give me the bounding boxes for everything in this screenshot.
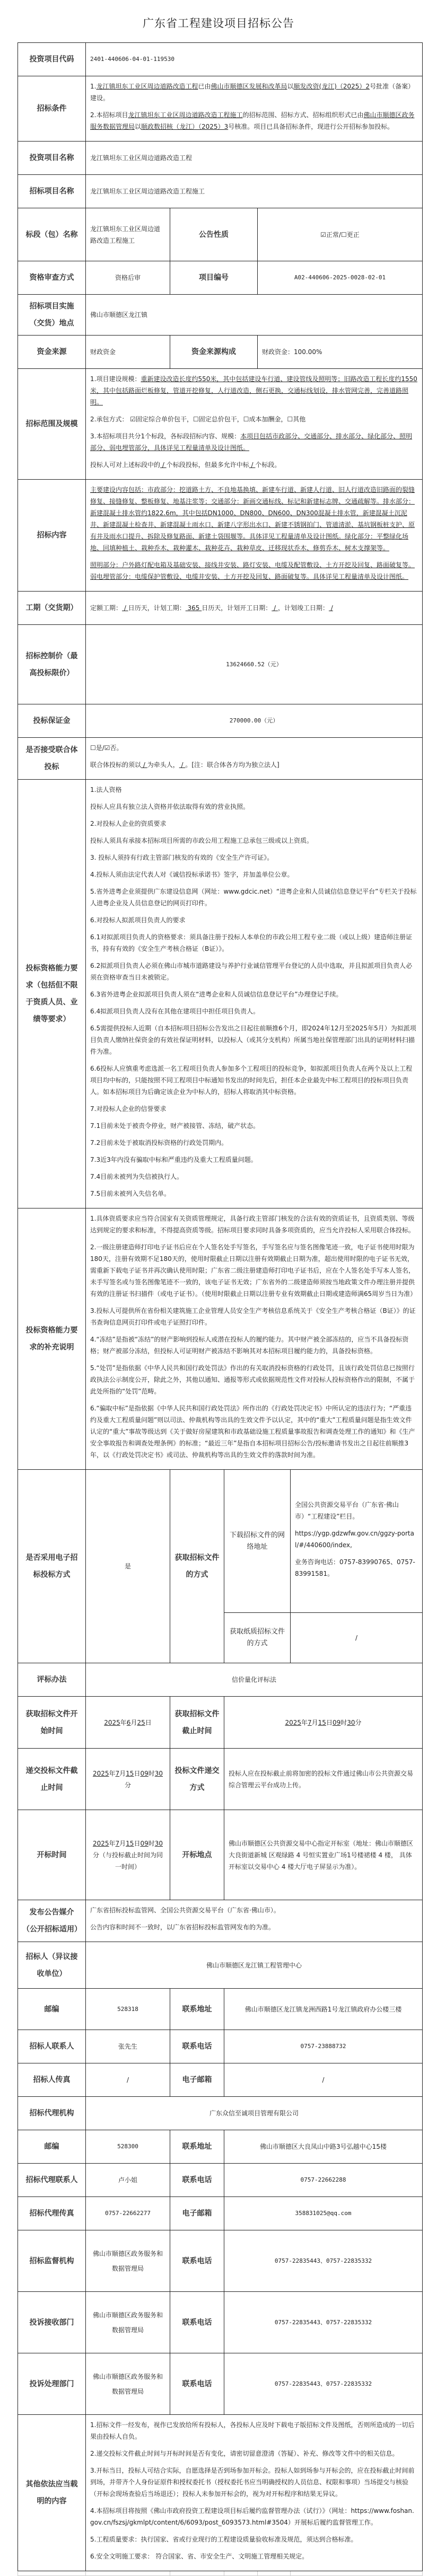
media-text: 广东省招标投标监管网、全国公共资源交易平台（广东省·佛山市）。 <box>90 1904 418 1916</box>
obtain-start-value: 2025年6月25日 <box>86 1697 170 1749</box>
project-link-text: 龙江镇坦东工业区周边道路改造工程 <box>96 83 198 90</box>
agency-email-link[interactable]: 358831025@qq.com <box>224 2197 423 2230</box>
text: 。[注：联合体各方均为独立法人] <box>185 761 279 769</box>
row-invest-code: 投资项目代码 2401-440606-04-01-119530 <box>18 43 423 76</box>
row-content: 招标内容 主要建设内容包括：市政部分：挖道路土方、不良地基换填、新建车行道、新建… <box>18 480 423 592</box>
text: 联合体投标的须以 <box>90 761 141 769</box>
text: / <box>249 461 256 469</box>
condition-para-1: 1.龙江镇坦东工业区周边道路改造工程已由佛山市顺德区发展和改革局以顺发改资(龙江… <box>90 81 418 104</box>
complaint-proc-phone: 0757-22835443、0757-22835332 <box>224 2353 423 2415</box>
month: 7 <box>308 1719 312 1726</box>
label: 招标代理机构 <box>18 2097 86 2130</box>
obtain-end-value: 2025年7月15日09时30分 <box>224 1697 423 1749</box>
label: 招标控制价（最高投标限价） <box>18 625 86 704</box>
req-item: 4.投标人须由法定代表人对《诚信投标承诺书》签字，并加盖单位公章。 <box>90 869 418 880</box>
label: 招标项目实施（交货）地点 <box>18 295 86 336</box>
year: 2025 <box>285 1719 301 1726</box>
label: 递交投标文件截止时间 <box>18 1749 86 1810</box>
download-address-value: 全国公共资源交易平台（广东省·佛山市）“工程建设”栏目。 https://ygp… <box>291 1470 423 1613</box>
text: / <box>329 604 333 612</box>
consortium-checkbox: ☐是/☑否。 <box>90 742 418 754</box>
text: 为牵头人， <box>147 761 179 769</box>
row-obtain-time: 获取招标文件开始时间 2025年6月25日 获取招标文件截止时间 2025年7月… <box>18 1697 423 1749</box>
supplement-item: 2.一级注册建造师打印电子证书后应在个人签名处手写签名，手写签名应与签名图像笔迹… <box>90 1241 418 1300</box>
label: 投诉处理部门 <box>18 2353 86 2415</box>
row-deposit: 投标保证金 270000.00（元） <box>18 704 423 738</box>
req-item: 投标人须具有承接本招标项目所需的市政公用工程施工总承包三级或以上资质。 <box>90 835 418 846</box>
text: ，计划竣工日期： <box>278 604 329 612</box>
label: 招标范围及规模 <box>18 369 86 480</box>
condition-para-2: 2.本招标项目龙江镇坦东工业区周边道路改造工程施工的招标范围、招标方式、招标组织… <box>90 109 418 133</box>
approval-no-text: 顺发改资(龙江)（2025）2 <box>294 83 370 90</box>
opening-place-value: 佛山市顺德区公共资源交易中心指定开标室（地址：佛山市顺德区大良街道新城 区观绿路… <box>224 1810 423 1900</box>
platform-text: 全国公共资源交易平台（广东省·佛山市）“工程建设”栏目。 <box>295 1499 418 1522</box>
text: 分（与投标截止时间为同一时间） <box>93 1851 163 1871</box>
row-qualification: 资格审查方式 资格后审 项目编号 A02-440606-2025-0028-02… <box>18 261 423 295</box>
label: 联系地址 <box>170 1989 224 2030</box>
text: 1.项目建设规模： <box>90 375 141 383</box>
agency-postcode: 528300 <box>86 2130 170 2164</box>
media-text: 公告内容和时间不一致时，以广东省招标投标监管网发布的为准。 <box>90 1921 418 1933</box>
row-tender-name: 招标项目名称 龙江镇坦东工业区周边道路改造工程施工 <box>18 175 423 208</box>
complaint-recv-value: 佛山市顺德区政务服务和数据管理局 <box>86 2292 170 2353</box>
conditions-value: 1.龙江镇坦东工业区周边道路改造工程已由佛山市顺德区发展和改革局以顺发改资(龙江… <box>86 76 423 142</box>
row-scope: 招标范围及规模 1.项目建设规模：重新建设改造长度约550米，其中包括建设车行道… <box>18 369 423 480</box>
row-consortium: 是否接受联合体投标 ☐是/☑否。 联合体投标的须以 / 为牵头人， / 。[注：… <box>18 738 423 780</box>
label: 联系电话 <box>170 2230 224 2292</box>
label: 投资项目代码 <box>18 43 86 76</box>
req-item: 6.对投标人拟派项目负责人的要求 <box>90 914 418 926</box>
req-item: 2.对投标人企业的资质要求 <box>90 818 418 830</box>
label: 其他依法应当载明的内容 <box>18 2415 86 2571</box>
tenderer-fax: / <box>86 2063 170 2097</box>
hour: 09 <box>140 1840 148 1847</box>
complaint-proc-value: 佛山市顺德区政务服务和数据管理局 <box>86 2353 170 2415</box>
scope-para-1: 1.项目建设规模：重新建设改造长度约550米，其中包括建设车行道、建设管线及照明… <box>90 373 418 408</box>
tenderer-value: 佛山市顺德区龙江镇工程管理中心 <box>86 1942 423 1989</box>
req-item: 6.1对拟派项目负责人的资格要求：须具备注册于投标人本单位的市政公用工程专业二级… <box>90 931 418 955</box>
req-item: 7.1目前未处于被责令停业，财产被接管、冻结，破产状态。 <box>90 1120 418 1132</box>
section-value: 龙江镇坦东工业区周边道路改造工程施工 <box>86 208 170 261</box>
label: 联系电话 <box>170 2292 224 2353</box>
label: 资金来源 <box>18 336 86 369</box>
download-url-link[interactable]: https://ygp.gdzwfw.gov.cn/ggzy-portal/#/… <box>295 1528 418 1551</box>
row-funding: 资金来源 财政资金 资金来源构成 财政资金：100.00% <box>18 336 423 369</box>
content-value: 主要建设内容包括：市政部分：挖道路土方、不良地基换填、新建车行道、新建人行道、旧… <box>86 480 423 592</box>
month: 7 <box>116 1840 120 1847</box>
opening-time-value: 2025年7月15日09时30分（与投标截止时间为同一时间） <box>86 1810 170 1900</box>
req-item: 6.3省外进粤企业拟派项目负责人须在“进粤企业和人员诚信信息登记平台”办理登记手… <box>90 989 418 1000</box>
scope-para-3: 3.本招标项目共分1个标段，各标段招标内容、规模：本项目包括市政部分、交通部分、… <box>90 430 418 454</box>
supplement-item: 4.“冻结”是指被“冻结”的财产影响到投标人或潜在投标人的履约能力。其中财产被全… <box>90 1334 418 1357</box>
label: 投诉接收部门 <box>18 2292 86 2353</box>
month: 7 <box>116 1770 120 1777</box>
row-complaint-proc: 投诉处理部门 佛山市顺德区政务服务和数据管理局 联系电话 0757-228354… <box>18 2353 423 2415</box>
approval-no-text: 顺政数招核（龙江）（2025）3 <box>141 123 228 130</box>
req-item: 7.4目前未被列为失信被执行人。 <box>90 1171 418 1183</box>
label: 工期（交货期） <box>18 592 86 625</box>
day: 25 <box>137 1719 145 1726</box>
label: 获取招标文件的方式 <box>170 1470 224 1663</box>
label: 标段（包）名称 <box>18 208 86 261</box>
supplement-item: 6.“骗取中标”是指依据《中华人民共和国行政处罚法》所作出的《行政处罚决定书》中… <box>90 1402 418 1461</box>
text: 个标段投标，但最多允许中标 <box>167 461 249 469</box>
text: / <box>141 761 147 769</box>
other-value: 1.招标文件一经发布，视作已发放给所有投标人，各投标人应及时下载电子版招标文件及… <box>86 2415 423 2571</box>
row-requirements: 投标资格能力要求（包括但不限于资质人员、业绩等要求） 1.法人资格 投标人应具有… <box>18 780 423 1208</box>
label: 招标项目名称 <box>18 175 86 208</box>
label: 电子邮箱 <box>170 2063 224 2097</box>
supplement-value: 1.具体资质要求应当符合国家有关资质管理规定，具备行政主管部门核发的合法有效的资… <box>86 1208 423 1470</box>
label: 开标地点 <box>170 1810 224 1900</box>
other-item-link[interactable]: 4.本招标项目将按照《佛山市政府投资工程建设项目标后履约监督管理办法（试行）》（… <box>90 2505 418 2528</box>
complaint-recv-phone: 0757-22835443、0757-22835332 <box>224 2292 423 2353</box>
year: 2025 <box>93 1840 109 1847</box>
row-electronic: 是否采用电子招标投标方式 是 获取招标文件的方式 下载招标文件的网络地址 全国公… <box>18 1470 423 1613</box>
tenderer-postcode: 528318 <box>86 1989 170 2030</box>
label: 邮编 <box>18 2130 86 2164</box>
control-price-value: 13624660.52（元） <box>86 625 423 704</box>
tenderer-contact-person: 张先生 <box>86 2030 170 2063</box>
text: / <box>179 761 186 769</box>
row-tenderer-contact: 招标人联系人 张先生 联系电话 0757-23888732 <box>18 2030 423 2063</box>
label: 获取招标文件截止时间 <box>170 1697 224 1749</box>
label: 投标保证金 <box>18 704 86 738</box>
label: 招标代理联系人 <box>18 2164 86 2197</box>
text: 以 <box>135 123 141 130</box>
label: 开标时间 <box>18 1810 86 1900</box>
text: 3.本招标项目共分1个标段，各标段招标内容、规模： <box>90 433 240 440</box>
label: 联系电话 <box>170 2353 224 2415</box>
label: 投标文件递交方式 <box>170 1749 224 1810</box>
label: 招标监督机构 <box>18 2230 86 2292</box>
label: 邮编 <box>18 1989 86 2030</box>
year: 2025 <box>93 1770 109 1777</box>
year: 2025 <box>104 1719 120 1726</box>
content-para-2: 照明部分：户外路灯配电箱及基础安装、接线井安装、路灯安装、电缆及配管敷设、土方开… <box>90 559 418 583</box>
hour: 09 <box>140 1770 148 1777</box>
tender-name-text: 龙江镇坦东工业区周边道路改造工程施工 <box>128 111 242 119</box>
label: 招标内容 <box>18 480 86 592</box>
other-item: 6.安全文明施工要求： 符合国家、省、市安全生产、文明施工管理相关规定。 <box>90 2551 418 2562</box>
media-value: 广东省招标投标监管网、全国公共资源交易平台（广东省·佛山市）。 公告内容和时间不… <box>86 1900 423 1942</box>
req-item: 7.5目前未被列入失信名单。 <box>90 1188 418 1199</box>
consult-phone: 业务咨询电话：0757-83990765、0757-83991581。 <box>295 1556 418 1580</box>
label: 项目编号 <box>170 261 258 295</box>
row-agency-contact: 招标代理联系人 卢小姐 联系电话 0757-22662288 <box>18 2164 423 2197</box>
label: 招标代理传真 <box>18 2197 86 2230</box>
consortium-value: ☐是/☑否。 联合体投标的须以 / 为牵头人， / 。[注：联合体各方均为独立法… <box>86 738 423 780</box>
label: 招标人联系人 <box>18 2030 86 2063</box>
page-title: 广东省工程建设项目招标公告 <box>0 0 437 42</box>
row-section: 标段（包）名称 龙江镇坦东工业区周边道路改造工程施工 公告性质 ☑正常/☐更正 <box>18 208 423 261</box>
req-item: 3. 投标人须持有行政主管部门核发的有效的《安全生产许可证》。 <box>90 852 418 863</box>
notice-nature-checkbox: ☑正常/☐更正 <box>258 208 423 261</box>
row-opening: 开标时间 2025年7月15日09时30分（与投标截止时间为同一时间） 开标地点… <box>18 1810 423 1900</box>
row-agency: 招标代理机构 广东众信至诚项目管理有限公司 <box>18 2097 423 2130</box>
submit-method-value: 投标人应在投标截止前将加密的投标文件通过佛山市公共资源交易综合管理云平台成功上传… <box>224 1749 423 1810</box>
electronic-value: 是 <box>86 1470 170 1663</box>
hour: 09 <box>333 1719 340 1726</box>
row-invest-name: 投资项目名称 龙江镇坦东工业区周边道路改造工程 <box>18 142 423 175</box>
label: 发布公告媒介（公开招标适用） <box>18 1900 86 1942</box>
row-complaint-recv: 投诉接收部门 佛山市顺德区政务服务和数据管理局 联系电话 0757-228354… <box>18 2292 423 2353</box>
req-item: 5.省外进粤企业须提供广东建设信息网（网址：www.gdcic.net）“进粤企… <box>90 886 418 909</box>
text: 1. <box>90 83 96 90</box>
empty-cell <box>291 2571 423 2576</box>
req-item: 6.2拟派项目负责人必须在佛山市城市道路建设与养护行业诚信管理平台登记的人员中选… <box>90 960 418 983</box>
supplement-item: 5.“处罚”是指依据《中华人民共和国行政处罚法》作出的有关取消投标资格的行政处罚… <box>90 1362 418 1397</box>
text: 投标人可对上述标段中的 <box>90 461 160 469</box>
label: 招标条件 <box>18 76 86 142</box>
submit-deadline-value: 2025年7月15日09时30分 <box>86 1749 170 1810</box>
row-tenderer-fax: 招标人传真 / 电子邮箱 / <box>18 2063 423 2097</box>
agency-value: 广东众信至诚项目管理有限公司 <box>86 2097 423 2130</box>
req-item: 投标人应具有独立法人资格并依法取得有效的营业执照。 <box>90 801 418 813</box>
label: 公告性质 <box>170 208 258 261</box>
row-conditions: 招标条件 1.龙江镇坦东工业区周边道路改造工程已由佛山市顺德区发展和改革局以顺发… <box>18 76 423 142</box>
label: 获取纸质招标文件的方式 <box>224 1613 291 1663</box>
empty-cell <box>258 2571 291 2576</box>
funding-value: 财政资金 <box>86 336 170 369</box>
day: 15 <box>318 1719 326 1726</box>
text: 市政部分：挖道路土方、不良地基换填、新建车行道、新建人行道、旧人行道改造旧路面的… <box>90 486 415 552</box>
location-value: 佛山市顺德区龙江镇 <box>86 295 423 336</box>
text: 日历天，计划开工日期： <box>202 604 272 612</box>
req-item: 6.4拟派项目负责人没有在其他在建项目中担任项目负责人。 <box>90 1005 418 1017</box>
req-item: 7.对投标人企业的信誉要求 <box>90 1103 418 1115</box>
text: 日历天，计划工期： <box>128 604 186 612</box>
agency-contact-person: 卢小姐 <box>86 2164 170 2197</box>
label: 评标办法 <box>18 1663 86 1697</box>
empty-cell <box>224 2571 258 2576</box>
deposit-value: 270000.00（元） <box>86 704 423 738</box>
text: 号核准。项目已具备招标条件，现进行公开招标参加投标。 <box>228 123 394 130</box>
requirements-value: 1.法人资格 投标人应具有独立法人资格并依法取得有效的营业执照。 2.对投标人企… <box>86 780 423 1208</box>
supplement-item: 1.具体资质要求应当符合国家有关资质管理规定，具备行政主管部门核发的合法有效的资… <box>90 1213 418 1236</box>
scope-para-4: 投标人可对上述标段中的 / 个标段投标，但最多允许中标 / 个标段。 <box>90 459 418 471</box>
tender-name-value: 龙江镇坦东工业区周边道路改造工程施工 <box>86 175 423 208</box>
qualification-value: 资格后审 <box>86 261 170 295</box>
row-location: 招标项目实施（交货）地点 佛山市顺德区龙江镇 <box>18 295 423 336</box>
invest-name-value: 龙江镇坦东工业区周边道路改造工程 <box>86 142 423 175</box>
other-item: 2.递交投标文件截止时间与开标时间是否有变化，请密切留意澄清（答疑）、补充、修改… <box>90 2448 418 2459</box>
text: / <box>272 604 278 612</box>
label: 电子邮箱 <box>170 2197 224 2230</box>
text: 2.本招标项目 <box>90 111 128 119</box>
agency-address: 佛山市顺德区大良凤山中路3号弘越中心15楼 <box>224 2130 423 2164</box>
label: 投资项目名称 <box>18 142 86 175</box>
label: 招标人（异议接收单位） <box>18 1942 86 1989</box>
day: 15 <box>126 1770 134 1777</box>
other-item: 5.工程质量要求：执行国家、省或行业现行的工程建设质量验收标准及规范，须达到合格… <box>90 2534 418 2545</box>
trailing-empty-row <box>18 2571 423 2576</box>
empty-cell <box>86 2571 170 2576</box>
label: 是否采用电子招标投标方式 <box>18 1470 86 1663</box>
other-item: 1.招标文件一经发布，视作已发放给所有投标人，各投标人应及时下载电子版招标文件及… <box>90 2419 418 2442</box>
approver-text: 佛山市顺德区发展和改革局 <box>211 83 287 90</box>
row-agency-post: 邮编 528300 联系地址 佛山市顺德区大良凤山中路3号弘越中心15楼 <box>18 2130 423 2164</box>
empty-cell <box>18 2571 86 2576</box>
row-control-price: 招标控制价（最高投标限价） 13624660.52（元） <box>18 625 423 704</box>
text: / <box>160 461 167 469</box>
row-tenderer: 招标人（异议接收单位） 佛山市顺德区龙江镇工程管理中心 <box>18 1942 423 1989</box>
text: 照明部分：户外路灯配电箱及基础安装、接线井安装、路灯安装、电缆及配管敷设、土方开… <box>90 561 415 580</box>
label: 联系电话 <box>170 2164 224 2197</box>
supervisor-value: 佛山市顺德区政务服务和数据管理局 <box>86 2230 170 2292</box>
label: 联系电话 <box>170 2030 224 2063</box>
text: 个标段。 <box>255 461 281 469</box>
req-item: 7.3近3年内没有骗取中标和严重违约及重大工程质量问题。 <box>90 1154 418 1166</box>
label: 是否接受联合体投标 <box>18 738 86 780</box>
row-tenderer-post: 邮编 528318 联系地址 佛山市顺德区龙江镇龙洲西路1号龙江镇政府办公楼三楼 <box>18 1989 423 2030</box>
label: 招标人传真 <box>18 2063 86 2097</box>
text: 主要建设内容包括： <box>90 486 147 493</box>
minute: 30 <box>155 1770 163 1777</box>
month: 6 <box>127 1719 131 1726</box>
scope-value: 1.项目建设规模：重新建设改造长度约550米，其中包括建设车行道、建设管线及照明… <box>86 369 423 480</box>
text: 以 <box>287 83 294 90</box>
other-item: 3.开标当日，投标人可结合实际，自愿选择是否到场参加开标会。投标人如到场参与开标… <box>90 2465 418 2500</box>
tender-notice-table: 投资项目代码 2401-440606-04-01-119530 招标条件 1.龙… <box>18 42 423 2576</box>
text: 365 <box>186 604 202 612</box>
label: 投标资格能力要求的补充说明 <box>18 1208 86 1470</box>
row-evaluation: 评标办法 信价量化评标法 <box>18 1663 423 1697</box>
supplement-item: 3.投标人可提供所在省份相关建筑施工企业管理人员安全生产考核信息系统关于《安全生… <box>90 1305 418 1328</box>
tenderer-phone: 0757-23888732 <box>224 2030 423 2063</box>
tenderer-address: 佛山市顺德区龙江镇龙洲西路1号龙江镇政府办公楼三楼 <box>224 1989 423 2030</box>
label: 下载招标文件的网络地址 <box>224 1470 291 1613</box>
text: / <box>122 604 128 612</box>
text: 定额工期： <box>90 604 122 612</box>
minute: 30 <box>347 1719 355 1726</box>
project-code-value: A02-440606-2025-0028-02-01 <box>258 261 423 295</box>
evaluation-value: 信价量化评标法 <box>86 1663 423 1697</box>
contract-type-checkboxes: 2.承包方式： ☑固定综合单价包干，☐固定总价包干，☐成本加酬金，☐其他 <box>90 413 418 425</box>
consortium-note: 联合体投标的须以 / 为牵头人， / 。[注：联合体各方均为独立法人] <box>90 759 418 771</box>
req-item: 7.2目前未处于被取消投标资格的行政处罚期内。 <box>90 1137 418 1149</box>
text: 的招标范围、招标方式、招标组织形式已由 <box>242 111 363 119</box>
invest-code-value: 2401-440606-04-01-119530 <box>86 43 423 76</box>
req-item: 1.法人资格 <box>90 784 418 796</box>
row-media: 发布公告媒介（公开招标适用） 广东省招标投标监管网、全国公共资源交易平台（广东省… <box>18 1900 423 1942</box>
paper-doc-value: / <box>291 1613 423 1663</box>
agency-phone: 0757-22662288 <box>224 2164 423 2197</box>
empty-cell <box>170 2571 224 2576</box>
funding-composition-value: 财政资金：100.00% <box>258 336 423 369</box>
req-item: 6.6投标人应慎重考虑选派一名工程项目负责人参加多个工程项目的投标竞争，如拟派项… <box>90 1063 418 1098</box>
label: 联系地址 <box>170 2130 224 2164</box>
req-item: 6.5需提供投标人近期（自本招标项目招标公告发出之日起往前顺推6个月，即2024… <box>90 1022 418 1057</box>
row-supplement: 投标资格能力要求的补充说明 1.具体资质要求应当符合国家有关资质管理规定，具备行… <box>18 1208 423 1470</box>
label: 资金来源构成 <box>170 336 258 369</box>
supervisor-phone: 0757-22835443、0757-22835332 <box>224 2230 423 2292</box>
label: 获取招标文件开始时间 <box>18 1697 86 1749</box>
row-period: 工期（交货期） 定额工期： / 日历天，计划工期： 365 日历天，计划开工日期… <box>18 592 423 625</box>
agency-fax: 0757-22662277 <box>86 2197 170 2230</box>
row-submit: 递交投标文件截止时间 2025年7月15日09时30分 投标文件递交方式 投标人… <box>18 1749 423 1810</box>
tenderer-email: / <box>224 2063 423 2097</box>
day: 15 <box>126 1840 134 1847</box>
content-para-1: 主要建设内容包括：市政部分：挖道路土方、不良地基换填、新建车行道、新建人行道、旧… <box>90 484 418 554</box>
row-other: 其他依法应当载明的内容 1.招标文件一经发布，视作已发放给所有投标人，各投标人应… <box>18 2415 423 2571</box>
text: 已由 <box>198 83 211 90</box>
label: 投标资格能力要求（包括但不限于资质人员、业绩等要求） <box>18 780 86 1208</box>
period-value: 定额工期： / 日历天，计划工期： 365 日历天，计划开工日期： / ，计划竣… <box>86 592 423 625</box>
label: 资格审查方式 <box>18 261 86 295</box>
row-agency-fax: 招标代理传真 0757-22662277 电子邮箱 358831025@qq.c… <box>18 2197 423 2230</box>
minute: 30 <box>155 1840 163 1847</box>
row-supervisor: 招标监督机构 佛山市顺德区政务服务和数据管理局 联系电话 0757-228354… <box>18 2230 423 2292</box>
